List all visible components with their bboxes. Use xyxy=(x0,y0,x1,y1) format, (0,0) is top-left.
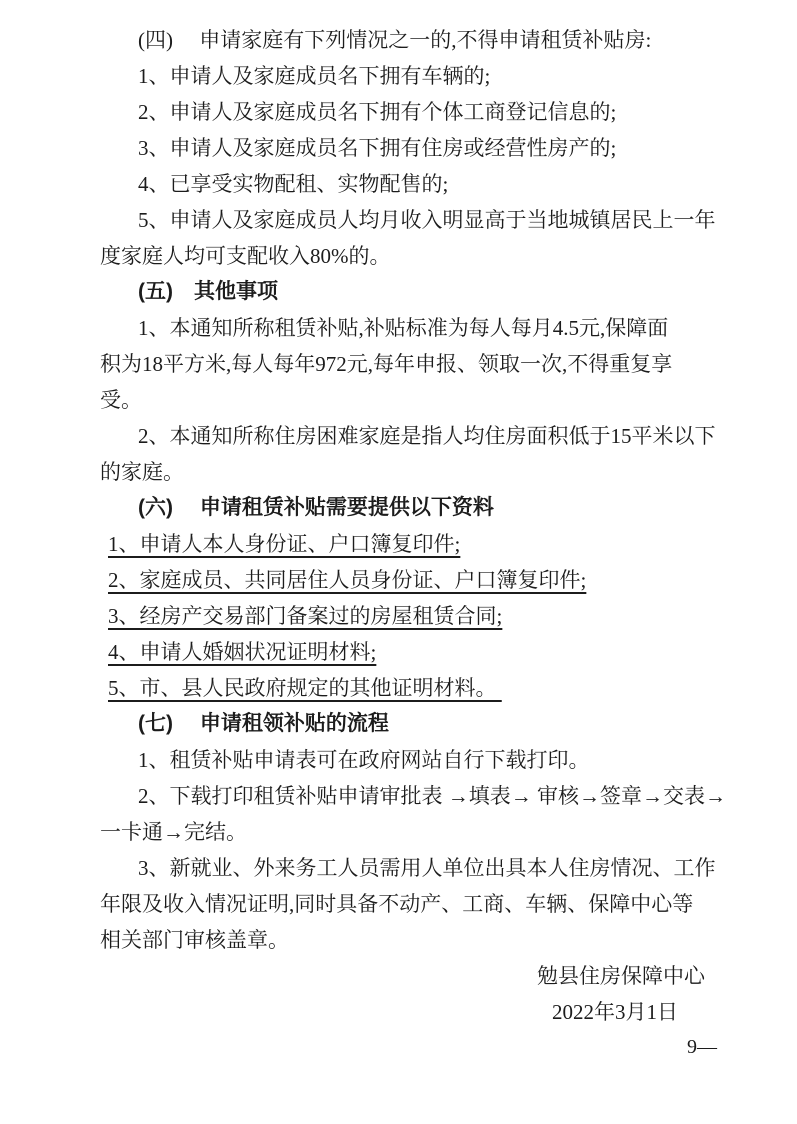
section-7-item-3-line-1: 3、新就业、外来务工人员需用人单位出具本人住房情况、工作 xyxy=(100,850,712,886)
section-4-item-5-line-1: 5、申请人及家庭成员人均月收入明显高于当地城镇居民上一年 xyxy=(100,202,712,238)
section-7-item-1: 1、租赁补贴申请表可在政府网站自行下载打印。 xyxy=(100,742,712,778)
section-7-item-2-line-2: 一卡通→完结。 xyxy=(100,814,712,850)
section-4-item-3: 3、申请人及家庭成员名下拥有住房或经营性房产的; xyxy=(100,130,712,166)
section-4-heading: (四) 申请家庭有下列情况之一的,不得申请租赁补贴房: xyxy=(100,22,712,58)
section-5-item-2-line-1: 2、本通知所称住房困难家庭是指人均住房面积低于15平米以下 xyxy=(100,418,712,454)
signature-date: 2022年3月1日 xyxy=(100,994,712,1030)
document-page: (四) 申请家庭有下列情况之一的,不得申请租赁补贴房: 1、申请人及家庭成员名下… xyxy=(0,0,797,1124)
document-content: (四) 申请家庭有下列情况之一的,不得申请租赁补贴房: 1、申请人及家庭成员名下… xyxy=(100,22,712,1030)
section-6-heading: (六) 申请租赁补贴需要提供以下资料 xyxy=(100,490,712,526)
section-7-item-3-line-3: 相关部门审核盖章。 xyxy=(100,922,712,958)
section-7-heading: (七) 申请租领补贴的流程 xyxy=(100,706,712,742)
section-7-item-3-line-2: 年限及收入情况证明,同时具备不动产、工商、车辆、保障中心等 xyxy=(100,886,712,922)
section-5-item-1-line-2: 积为18平方米,每人每年972元,每年申报、领取一次,不得重复享 xyxy=(100,346,712,382)
section-4-item-1: 1、申请人及家庭成员名下拥有车辆的; xyxy=(100,58,712,94)
section-5-heading: (五) 其他事项 xyxy=(100,274,712,310)
section-4-item-5-line-2: 度家庭人均可支配收入80%的。 xyxy=(100,238,712,274)
section-4-item-4: 4、已享受实物配租、实物配售的; xyxy=(100,166,712,202)
signature-org: 勉县住房保障中心 xyxy=(100,958,712,994)
section-5-item-2-line-2: 的家庭。 xyxy=(100,454,712,490)
section-5-item-1-line-1: 1、本通知所称租赁补贴,补贴标准为每人每月4.5元,保障面 xyxy=(100,310,712,346)
section-6-item-1: 1、申请人本人身份证、户口簿复印件; xyxy=(100,526,712,562)
section-6-item-5: 5、市、县人民政府规定的其他证明材料。 xyxy=(100,670,712,706)
section-4-item-2: 2、申请人及家庭成员名下拥有个体工商登记信息的; xyxy=(100,94,712,130)
section-6-item-2: 2、家庭成员、共同居住人员身份证、户口簿复印件; xyxy=(100,562,712,598)
page-number: 9— xyxy=(687,1036,717,1059)
section-7-item-2-line-1: 2、下载打印租赁补贴申请审批表 →填表→ 审核→签章→交表→ xyxy=(100,778,712,814)
section-5-item-1-line-3: 受。 xyxy=(100,382,712,418)
section-6-item-4: 4、申请人婚姻状况证明材料; xyxy=(100,634,712,670)
section-6-item-3: 3、经房产交易部门备案过的房屋租赁合同; xyxy=(100,598,712,634)
